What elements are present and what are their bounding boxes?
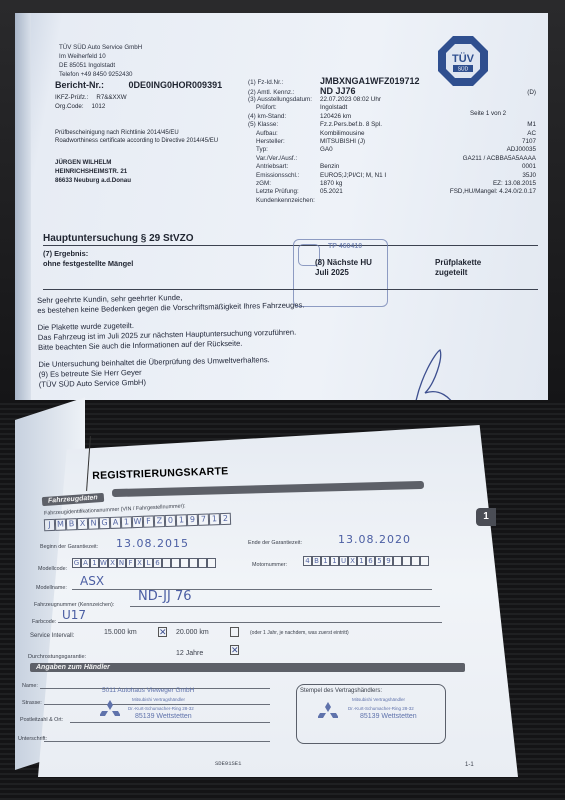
plate-value[interactable]: ND-JJ 76 <box>138 589 192 604</box>
report-number-label: Bericht-Nr.: <box>55 80 104 90</box>
field-label: zGM: <box>248 180 320 187</box>
char-box[interactable]: X <box>108 558 117 568</box>
dealer-stamp-name: 5011 Autohaus Vieweger GmbH <box>102 687 194 694</box>
svg-text:TÜV: TÜV <box>452 52 475 65</box>
next-inspection-label: (8) Nächste HU <box>315 258 372 268</box>
field-label: (3) Ausstellungsdatum: <box>248 96 320 103</box>
page-reference: 1-1 <box>465 762 474 768</box>
field-code: ADJ00035 <box>507 146 536 153</box>
model-name-label: Modellname: <box>36 585 67 591</box>
rust-warranty-label: Durchrostungsgarantie: <box>28 654 86 660</box>
field-row: (5) Klasse:Fz.z.Pers.bef.b. 8 Spl.M1 <box>248 121 536 129</box>
field-label: Prüfort: <box>248 104 320 111</box>
dealer-stamp-city-2: 85139 Wettstetten <box>360 713 417 720</box>
field-label: Emissionsschl.: <box>248 172 320 179</box>
char-box[interactable] <box>207 558 216 568</box>
char-box[interactable]: N <box>117 558 126 568</box>
field-value: 1870 kg <box>320 180 493 187</box>
field-row: Typ:GA0ADJ00035 <box>248 146 536 154</box>
service-20000-checkbox[interactable] <box>230 627 239 637</box>
owner-city: 86633 Neuburg a.d.Donau <box>55 176 131 185</box>
model-name-line <box>72 589 432 590</box>
char-box[interactable] <box>411 556 420 566</box>
char-box[interactable]: 5 <box>375 556 384 566</box>
field-label: Hersteller: <box>248 138 320 145</box>
result-block: (7) Ergebnis: ohne festgestellte Mängel <box>43 249 133 269</box>
service-15000-checkbox[interactable]: ✕ <box>158 627 167 637</box>
char-box[interactable]: A <box>81 558 90 568</box>
dealer-name-label: Name: <box>22 683 38 689</box>
model-name-value[interactable]: ASX <box>80 574 104 588</box>
field-label: Aufbau: <box>248 130 320 137</box>
report-meta: IKFZ-Prüfz.:R7&&XXW Org.Code:1012 <box>55 93 127 111</box>
letter-body: Sehr geehrte Kundin, sehr geehrter Kunde… <box>37 290 306 390</box>
mitsubishi-logo-icon <box>318 702 338 724</box>
field-value: GA0 <box>320 146 507 153</box>
issuer-city: DE 85051 Ingolstadt <box>59 61 142 70</box>
char-box[interactable]: M <box>55 518 66 530</box>
char-box[interactable]: 1 <box>357 556 366 566</box>
char-box[interactable]: L <box>144 558 153 568</box>
field-value: MITSUBISHI (J) <box>320 138 522 145</box>
signature-label: Unterschrift: <box>18 736 47 742</box>
char-box[interactable]: X <box>348 556 357 566</box>
signature-icon <box>395 348 475 400</box>
field-row: Kundenkennzeichen: <box>248 197 536 205</box>
field-row: Hersteller:MITSUBISHI (J)7107 <box>248 138 536 146</box>
char-box[interactable]: 9 <box>187 514 198 526</box>
field-code: EZ: 13.08.2015 <box>493 180 536 187</box>
char-box[interactable]: G <box>72 558 81 568</box>
warranty-end-label: Ende der Garantiezeit: <box>248 540 302 546</box>
char-box[interactable] <box>420 556 429 566</box>
field-row: (2) Amtl. Kennz.:ND JJ76(D) <box>248 86 536 96</box>
char-box[interactable]: N <box>88 517 99 529</box>
model-code-field[interactable]: GA1WXNFXL6 <box>72 558 216 568</box>
dealer-stamp-box-label: Stempel des Vertragshändlers: <box>300 688 382 694</box>
result-value: ohne festgestellte Mängel <box>43 259 133 269</box>
rust-warranty-value: 12 Jahre <box>176 650 203 657</box>
char-box[interactable]: 1 <box>121 516 132 528</box>
issuer-phone: Telefon +49 8450 9252430 <box>59 70 142 79</box>
char-box[interactable]: 6 <box>366 556 375 566</box>
field-row: zGM:1870 kgEZ: 13.08.2015 <box>248 180 536 188</box>
report-number: Bericht-Nr.: 0DE0ING0HOR009391 <box>55 80 222 90</box>
char-box[interactable]: 1 <box>176 514 187 526</box>
owner-street: HEINRICHSHEIMSTR. 21 <box>55 167 131 176</box>
next-inspection: (8) Nächste HU Juli 2025 <box>315 258 372 278</box>
dealer-street-label: Strasse: <box>22 700 42 706</box>
char-box[interactable]: X <box>77 518 88 530</box>
section-dealer: Angaben zum Händler <box>30 663 465 672</box>
char-box[interactable]: F <box>126 558 135 568</box>
field-code: 7107 <box>522 138 536 145</box>
owner-name: JÜRGEN WILHELM <box>55 158 131 167</box>
next-inspection-value: Juli 2025 <box>315 268 372 278</box>
color-line <box>58 622 442 623</box>
divider <box>43 245 538 246</box>
field-row: Emissionsschl.:EURO5;J;PI/CI; M, N1 I35J… <box>248 172 536 180</box>
service-interval-label: Service Intervall: <box>30 633 74 639</box>
field-value: JMBXNGA1WFZ019712 <box>320 76 536 86</box>
issuer-street: Im Weiherfeld 10 <box>59 52 142 61</box>
char-box[interactable]: A <box>110 517 121 529</box>
field-value: Benzin <box>320 163 522 170</box>
char-box[interactable]: W <box>99 558 108 568</box>
field-value: 22.07.2023 08:02 Uhr <box>320 96 536 103</box>
char-box[interactable] <box>402 556 411 566</box>
char-box[interactable] <box>198 558 207 568</box>
field-label: (1) Fz-Id.Nr.: <box>248 79 320 86</box>
field-row: Aufbau:KombilimousineAC <box>248 130 536 138</box>
engine-number-label: Motornummer: <box>252 562 287 568</box>
field-value: EURO5;J;PI/CI; M, N1 I <box>320 172 522 179</box>
char-box[interactable]: U <box>339 556 348 566</box>
field-row: Var./Ver./Ausf.:GA211 / ACBBA5A5AAAA <box>248 155 536 163</box>
char-box[interactable]: Z <box>154 515 165 527</box>
warranty-end-value[interactable]: 13.08.2020 <box>338 533 411 546</box>
dealer-stamp-type-2: Mitsubishi Vertragshändler <box>352 697 405 702</box>
stamp-tp-number: TP 460410 <box>328 243 362 250</box>
char-box[interactable]: X <box>135 558 144 568</box>
char-box[interactable] <box>393 556 402 566</box>
field-label: Antriebsart: <box>248 163 320 170</box>
page-tab: 1 <box>476 508 496 526</box>
field-value: ND JJ76 <box>320 86 527 96</box>
field-row: Letzte Prüfung:05.2021FSD,HU/Mangel: 4.2… <box>248 188 536 196</box>
field-label: (2) Amtl. Kennz.: <box>248 89 320 96</box>
char-box[interactable] <box>189 558 198 568</box>
dealer-city-line <box>70 722 270 723</box>
char-box[interactable] <box>180 558 189 568</box>
cert-line-de: Prüfbescheinigung nach Richtlinie 2014/4… <box>55 129 218 137</box>
vehicle-fields: (1) Fz-Id.Nr.:JMBXNGA1WFZ019712(2) Amtl.… <box>248 76 536 205</box>
dealer-city-label: Postleitzahl & Ort: <box>20 717 63 723</box>
char-box[interactable]: 1 <box>90 558 99 568</box>
field-value: Fz.z.Pers.bef.b. 8 Spl. <box>320 121 527 128</box>
sticker-label: Prüfplakette <box>435 258 481 268</box>
owner-address: JÜRGEN WILHELM HEINRICHSHEIMSTR. 21 8663… <box>55 158 131 185</box>
mitsubishi-logo-icon <box>100 700 120 722</box>
issuer-address: TÜV SÜD Auto Service GmbH Im Weiherfeld … <box>59 43 142 79</box>
field-value: Kombilimousine <box>320 130 527 137</box>
field-label: Letzte Prüfung: <box>248 188 320 195</box>
char-box[interactable]: F <box>143 515 154 527</box>
model-code-label: Modellcode: <box>38 566 67 572</box>
char-box[interactable]: 4 <box>303 556 312 566</box>
report-number-value: 0DE0ING0HOR009391 <box>129 80 223 90</box>
cert-line-en: Roadworthiness certificate according to … <box>55 137 218 145</box>
field-label: Typ: <box>248 146 320 153</box>
warranty-start-label: Beginn der Garantiezeit: <box>40 544 98 550</box>
org-code-value: 1012 <box>92 102 106 111</box>
field-code: FSD,HU/Mangel: 4.24.0/2.0.17 <box>450 188 536 195</box>
warranty-start-value[interactable]: 13.08.2015 <box>116 537 189 550</box>
char-box[interactable]: 1 <box>321 556 330 566</box>
kfz-pruef-label: IKFZ-Prüfz.: <box>55 94 88 101</box>
dealer-stamp-street-2: Dr.-Kurt-Schumacher-Ring 28-32 <box>348 706 414 711</box>
char-box[interactable]: 0 <box>165 515 176 527</box>
char-box[interactable]: 6 <box>153 558 162 568</box>
field-code: 35J0 <box>522 172 536 179</box>
service-option-15000: 15.000 km <box>104 629 137 636</box>
tuv-sud-logo-icon: TÜV SÜD <box>437 35 489 87</box>
certificate-text: Prüfbescheinigung nach Richtlinie 2014/4… <box>55 129 218 145</box>
char-box[interactable]: B <box>312 556 321 566</box>
field-label: (4) km-Stand: <box>248 113 320 120</box>
color-label: Farbcode: <box>32 619 56 625</box>
dealer-street-line <box>44 704 270 705</box>
org-code-label: Org.Code: <box>55 103 84 110</box>
footer-code: SDE91SE1 <box>215 760 241 767</box>
dealer-stamp-type: Mitsubishi Vertragshändler <box>132 697 185 702</box>
inspection-title: Hauptuntersuchung § 29 StVZO <box>43 233 194 244</box>
field-label: Kundenkennzeichen: <box>248 197 320 204</box>
field-label: Var./Ver./Ausf.: <box>248 155 320 162</box>
result-label: (7) Ergebnis: <box>43 249 133 259</box>
char-box[interactable]: G <box>99 517 110 529</box>
kfz-pruef-value: R7&&XXW <box>96 93 126 102</box>
svg-text:SÜD: SÜD <box>458 66 469 73</box>
field-row: Antriebsart:Benzin0001 <box>248 163 536 171</box>
issuer-company: TÜV SÜD Auto Service GmbH <box>59 43 142 52</box>
field-label: (5) Klasse: <box>248 121 320 128</box>
char-box[interactable]: 7 <box>198 514 209 526</box>
service-option-20000: 20.000 km <box>176 629 209 636</box>
char-box[interactable]: J <box>44 519 55 531</box>
sheet-edge <box>15 13 31 400</box>
color-value[interactable]: U17 <box>62 608 86 622</box>
service-note: (oder 1 Jahr, je nachdem, was zuerst ein… <box>250 630 349 636</box>
tuv-report-sheet: TÜV SÜD Auto Service GmbH Im Weiherfeld … <box>15 13 548 400</box>
dealer-stamp-street: Dr.-Kurt-Schumacher-Ring 28-32 <box>128 706 194 711</box>
field-code: AC <box>527 130 536 137</box>
engine-number-field[interactable]: 4B11UX1659 <box>303 556 429 566</box>
field-value: 05.2021 <box>320 188 450 195</box>
field-code: (D) <box>527 89 536 96</box>
sticker-value: zugeteilt <box>435 268 481 278</box>
sticker-status: Prüfplakette zugeteilt <box>435 258 481 278</box>
plate-line <box>130 606 440 607</box>
char-box[interactable]: W <box>132 516 143 528</box>
field-code: M1 <box>527 121 536 128</box>
page-indicator: Seite 1 von 2 <box>470 110 506 117</box>
signature-line <box>44 741 270 742</box>
char-box[interactable]: 1 <box>330 556 339 566</box>
char-box[interactable] <box>171 558 180 568</box>
field-row: (3) Ausstellungsdatum:22.07.2023 08:02 U… <box>248 96 536 104</box>
char-box[interactable] <box>162 558 171 568</box>
field-code: GA211 / ACBBA5A5AAAA <box>463 155 536 162</box>
rust-warranty-checkbox[interactable]: ✕ <box>230 645 239 655</box>
char-box[interactable]: 2 <box>220 513 231 525</box>
dealer-stamp-city: 85139 Wettstetten <box>135 713 192 720</box>
field-row: (1) Fz-Id.Nr.:JMBXNGA1WFZ019712 <box>248 76 536 86</box>
field-code: 0001 <box>522 163 536 170</box>
char-box[interactable]: B <box>66 518 77 530</box>
char-box[interactable]: 1 <box>209 513 220 525</box>
char-box[interactable]: 9 <box>384 556 393 566</box>
